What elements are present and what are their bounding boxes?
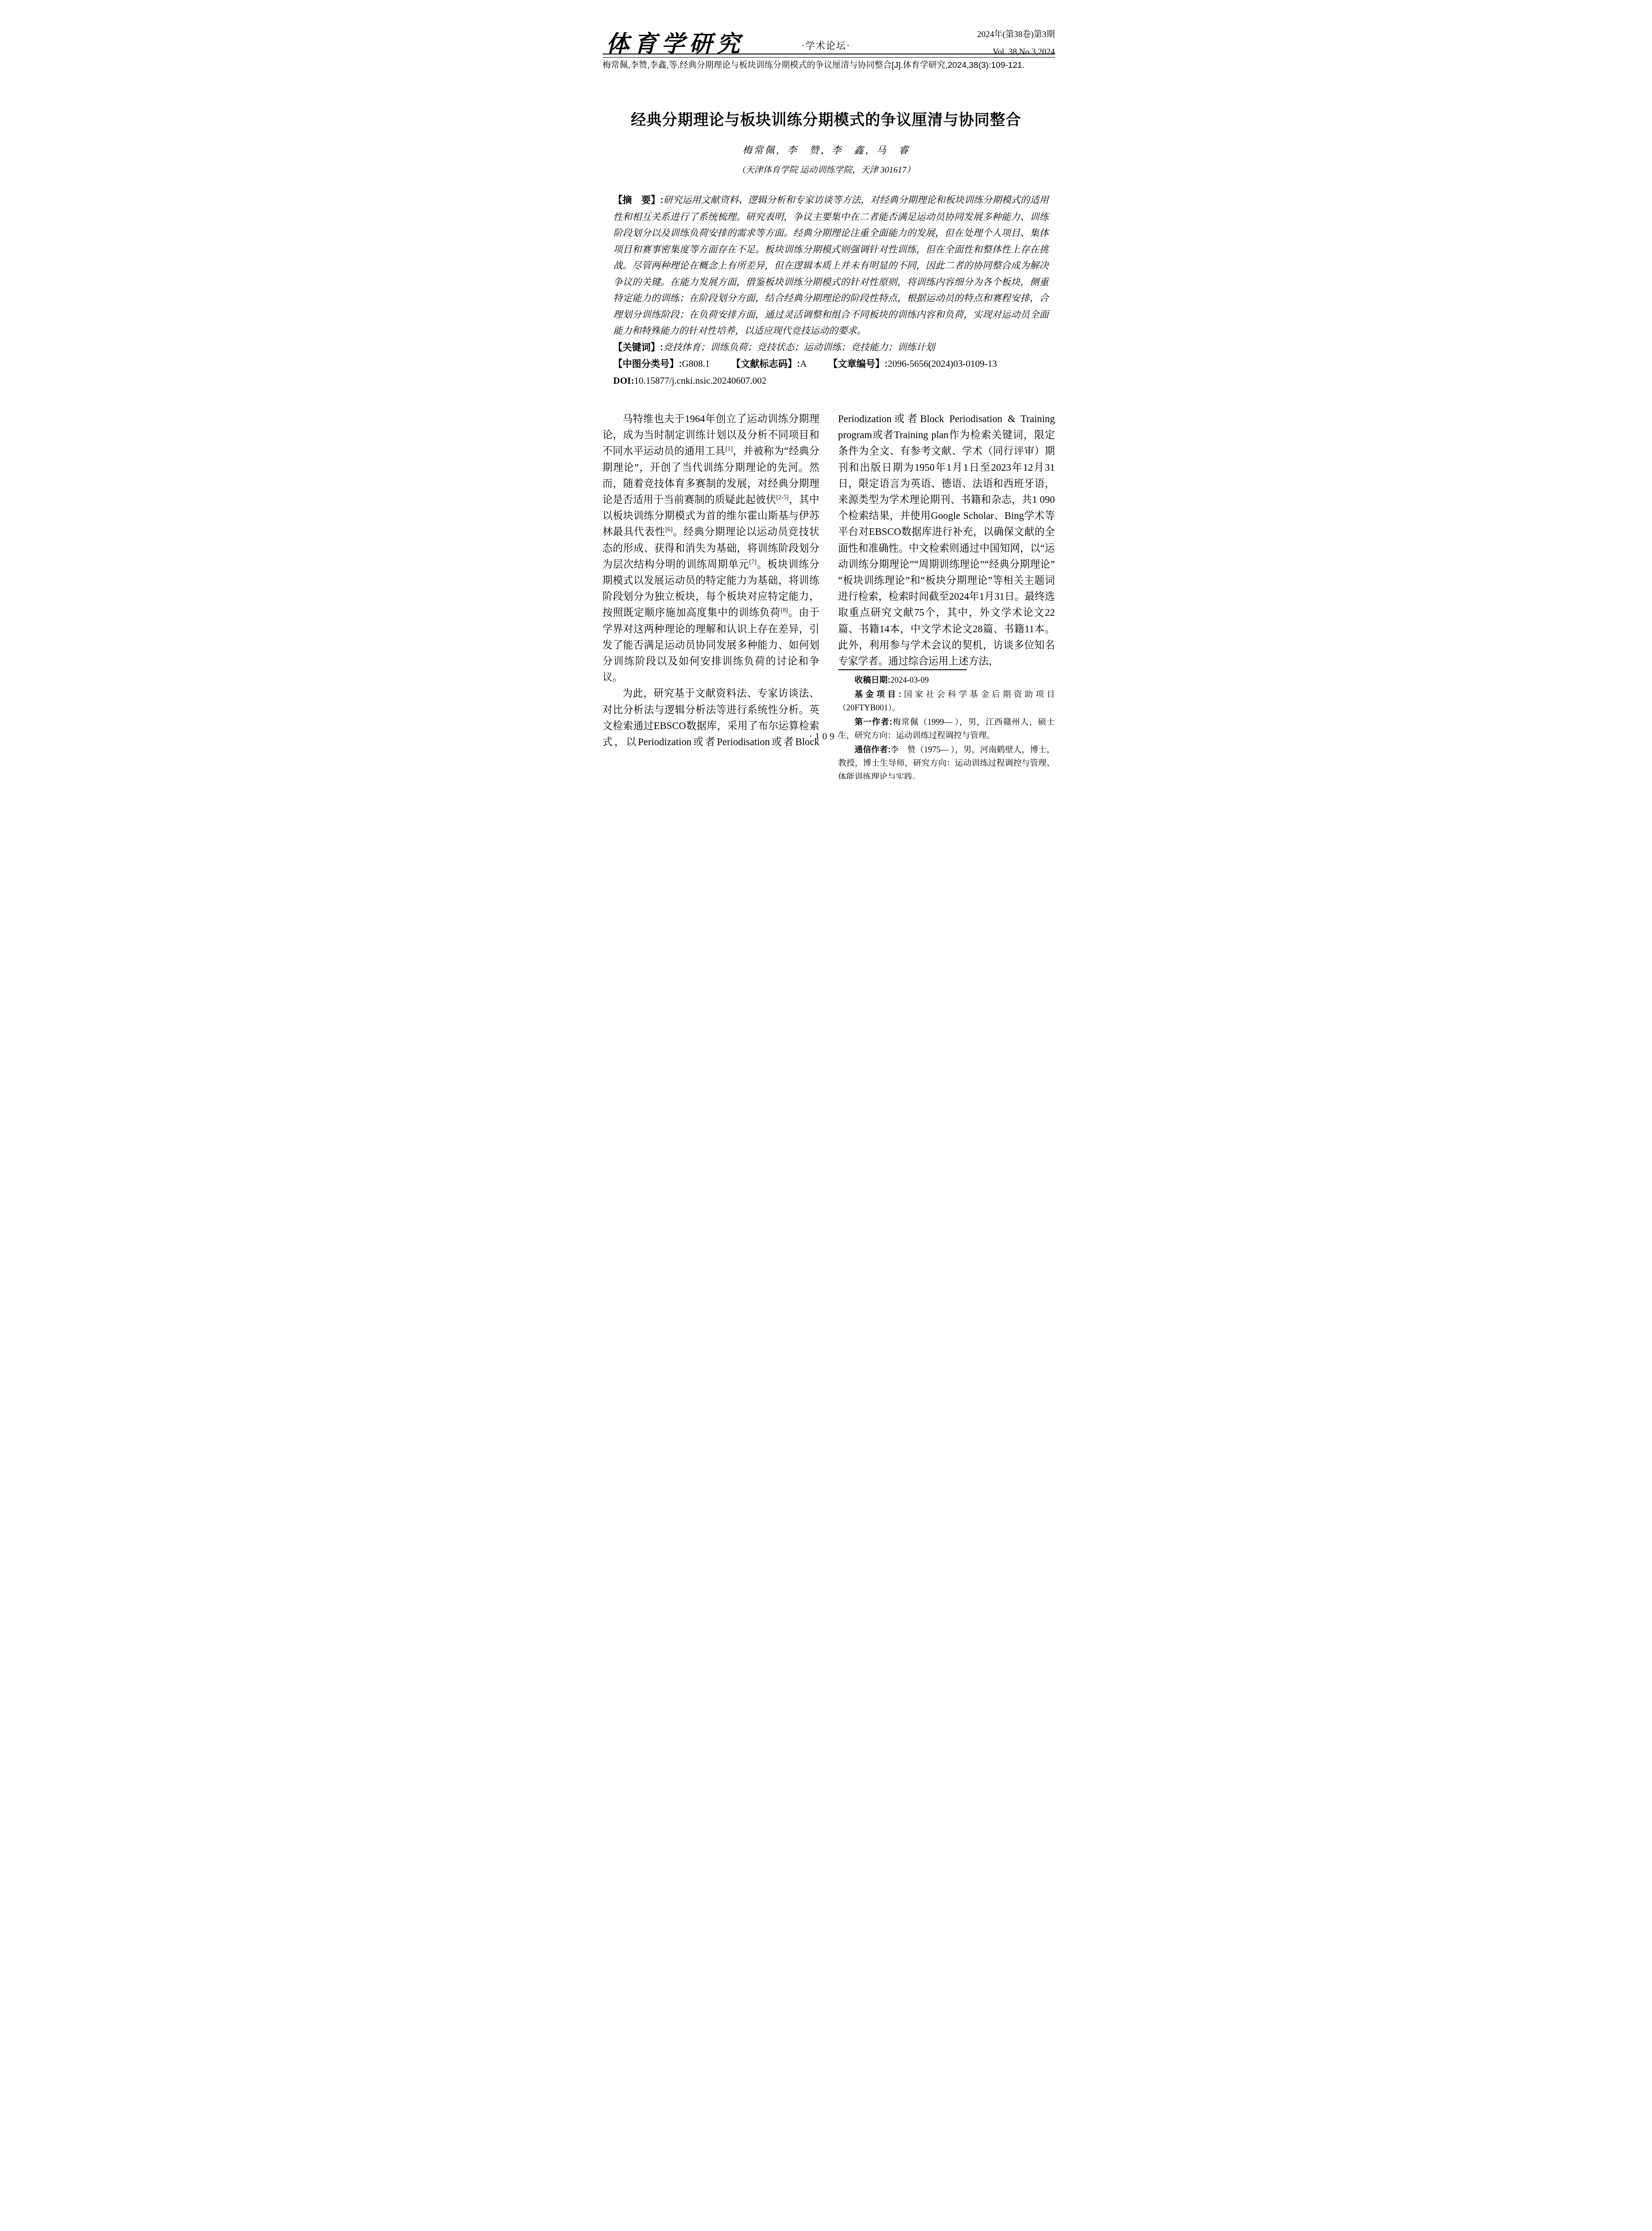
issue-info-chinese: 2024年(第38卷)第3期 xyxy=(977,28,1055,40)
authors-line: 梅常佩，李 赞，李 鑫，马 睿 xyxy=(551,143,1101,157)
first-author-label: 第一作者: xyxy=(855,717,892,726)
keywords-line: 【关键词】:竞技体育；训练负荷；竞技状态；运动训练；竞技能力；训练计划 xyxy=(613,339,1049,356)
received-date-label: 收稿日期: xyxy=(855,675,890,684)
clc-value: G808.1 xyxy=(682,358,710,369)
page-number: ·109· xyxy=(551,731,1101,742)
body-paragraph: Periodization或者Block Periodisation & Tra… xyxy=(838,411,1055,669)
fund-project-label: 基金项目: xyxy=(855,689,902,699)
classification-line: 【中图分类号】:G808.1【文献标志码】:A【文章编号】:2096-5656(… xyxy=(613,356,1049,373)
doi-line: DOI:10.15877/j.cnki.nsic.20240607.002 xyxy=(613,373,1049,389)
journal-page: 体育学研究 ·学术论坛· 2024年(第38卷)第3期 Vol. 38,No.3… xyxy=(551,0,1101,779)
doc-code-group: 【文献标志码】:A xyxy=(731,358,807,369)
footnote-fund: 基金项目:国家社会科学基金后期资助项目（20FTYB001）。 xyxy=(838,688,1055,715)
footnote-received: 收稿日期:2024-03-09 xyxy=(838,673,1055,688)
doc-code-value: A xyxy=(800,358,807,369)
header-double-rule xyxy=(603,54,1055,58)
corresponding-author-label: 通信作者: xyxy=(855,745,891,754)
abstract-text: 研究运用文献资料、逻辑分析和专家访谈等方法，对经典分期理论和板块训练分期模式的适… xyxy=(613,195,1049,336)
abstract-meta-block: 【摘 要】:研究运用文献资料、逻辑分析和专家访谈等方法，对经典分期理论和板块训练… xyxy=(613,192,1049,389)
article-title: 经典分期理论与板块训练分期模式的争议厘清与协同整合 xyxy=(551,108,1101,129)
received-date-value: 2024-03-09 xyxy=(890,676,929,685)
keywords-text: 竞技体育；训练负荷；竞技状态；运动训练；竞技能力；训练计划 xyxy=(663,342,935,352)
doc-code-label: 【文献标志码】: xyxy=(731,359,800,369)
article-no-value: 2096-5656(2024)03-0109-13 xyxy=(888,358,997,369)
article-no-label: 【文章编号】: xyxy=(828,359,888,369)
footnote-corresponding-author: 通信作者:李 赞（1975— ），男，河南鹤壁人，博士，教授，博士生导师，研究方… xyxy=(838,743,1055,779)
doi-label: DOI: xyxy=(613,375,634,386)
right-column: Periodization或者Block Periodisation & Tra… xyxy=(838,411,1055,744)
affiliation-line: （天津体育学院 运动训练学院，天津 301617） xyxy=(551,163,1101,175)
article-no-group: 【文章编号】:2096-5656(2024)03-0109-13 xyxy=(828,358,997,369)
footnote-block: 收稿日期:2024-03-09 基金项目:国家社会科学基金后期资助项目（20FT… xyxy=(838,669,1055,779)
clc-label: 【中图分类号】: xyxy=(613,359,682,369)
abstract-label: 【摘 要】: xyxy=(613,195,663,205)
clc-group: 【中图分类号】:G808.1 xyxy=(613,358,710,369)
doi-value: 10.15877/j.cnki.nsic.20240607.002 xyxy=(634,375,766,386)
body-columns: 马特维也夫于1964年创立了运动训练分期理论，成为当时制定训练计划以及分析不同项… xyxy=(603,411,1055,744)
body-paragraph: 马特维也夫于1964年创立了运动训练分期理论，成为当时制定训练计划以及分析不同项… xyxy=(603,411,820,685)
citation-line: 梅常佩,李赞,李鑫,等.经典分期理论与板块训练分期模式的争议厘清与协同整合[J]… xyxy=(603,60,1055,71)
footnote-rule xyxy=(838,669,967,670)
left-column: 马特维也夫于1964年创立了运动训练分期理论，成为当时制定训练计划以及分析不同项… xyxy=(603,411,820,744)
keywords-label: 【关键词】: xyxy=(613,342,663,352)
abstract-paragraph: 【摘 要】:研究运用文献资料、逻辑分析和专家访谈等方法，对经典分期理论和板块训练… xyxy=(613,192,1049,339)
